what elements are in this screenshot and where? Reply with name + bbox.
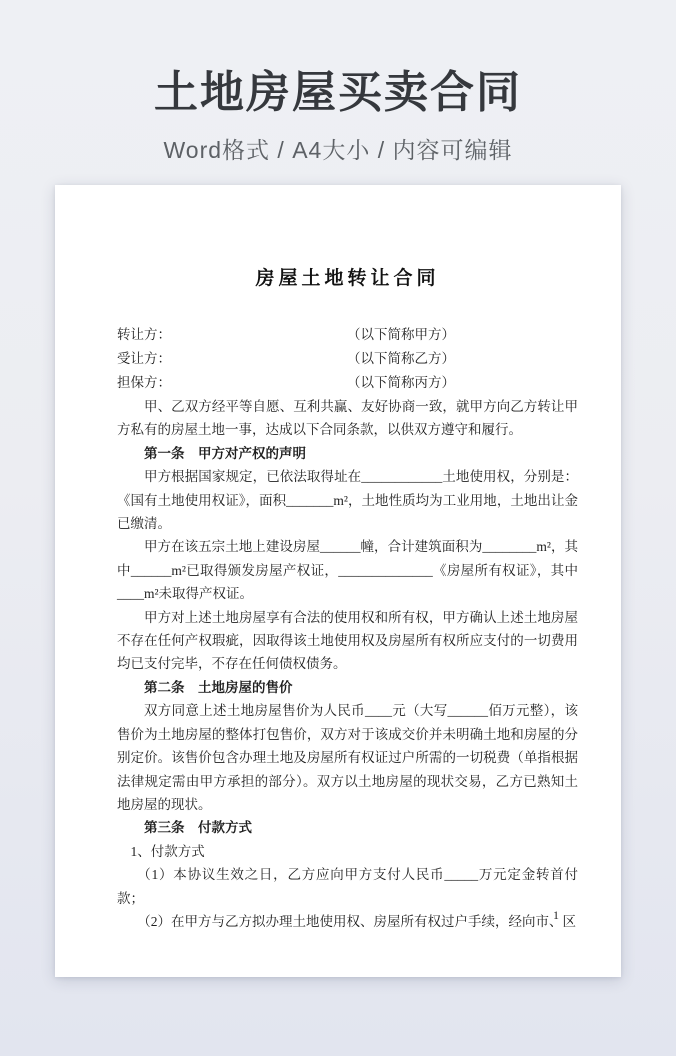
clause-3-item-1: 1、付款方式	[117, 840, 578, 863]
clause-3-item-2: （1）本协议生效之日，乙方应向甲方支付人民币_____万元定金转首付款；	[117, 863, 578, 910]
party-alias-transferor: （以下简称甲方）	[347, 323, 455, 347]
preview-background: 土地房屋买卖合同 Word格式 / A4大小 / 内容可编辑 房屋土地转让合同 …	[0, 0, 676, 165]
clause-3-heading: 第三条 付款方式	[117, 816, 578, 839]
party-row-transferee: 受让方： （以下简称乙方）	[117, 347, 578, 371]
party-alias-guarantor: （以下简称丙方）	[347, 371, 455, 395]
document-page: 房屋土地转让合同 转让方： （以下简称甲方） 受让方： （以下简称乙方） 担保方…	[55, 185, 621, 977]
clause-1-heading: 第一条 甲方对产权的声明	[117, 442, 578, 465]
clause-1-paragraph-1: 甲方根据国家规定，已依法取得址在____________土地使用权，分别是：《国…	[117, 465, 578, 535]
clause-2-heading: 第二条 土地房屋的售价	[117, 676, 578, 699]
clause-2-paragraph-1: 双方同意上述土地房屋售价为人民币____元（大写______佰万元整），该售价为…	[117, 699, 578, 816]
party-label-transferor: 转让方：	[117, 323, 347, 347]
party-row-transferor: 转让方： （以下简称甲方）	[117, 323, 578, 347]
clause-3-item-3: （2）在甲方与乙方拟办理土地使用权、房屋所有权过户手续，经向市、区	[117, 910, 578, 933]
party-label-transferee: 受让方：	[117, 347, 347, 371]
page-number: 1	[553, 904, 559, 927]
party-row-guarantor: 担保方： （以下简称丙方）	[117, 371, 578, 395]
contract-title: 房屋土地转让合同	[117, 267, 578, 291]
hero-header: 土地房屋买卖合同 Word格式 / A4大小 / 内容可编辑	[0, 0, 676, 165]
party-alias-transferee: （以下简称乙方）	[347, 347, 455, 371]
clause-1-paragraph-2: 甲方在该五宗土地上建设房屋______幢，合计建筑面积为________m²，其…	[117, 535, 578, 605]
template-subtitle: Word格式 / A4大小 / 内容可编辑	[0, 132, 676, 165]
intro-paragraph: 甲、乙双方经平等自愿、互利共赢、友好协商一致，就甲方向乙方转让甲方私有的房屋土地…	[117, 395, 578, 442]
clause-1-paragraph-3: 甲方对上述土地房屋享有合法的使用权和所有权，甲方确认上述土地房屋不存在任何产权瑕…	[117, 606, 578, 676]
template-title: 土地房屋买卖合同	[0, 56, 676, 120]
party-label-guarantor: 担保方：	[117, 371, 347, 395]
